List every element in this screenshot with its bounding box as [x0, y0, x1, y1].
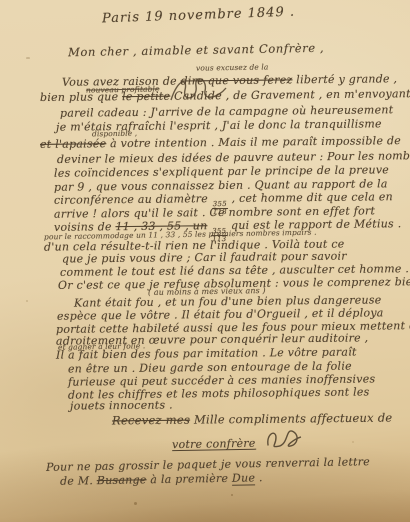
postscript-line: Pour ne pas grossir le paquet je vous re… [46, 456, 370, 473]
ps-text: à la première [146, 472, 232, 486]
paper-speck [134, 502, 137, 505]
date-line: Paris 19 novembre 1849 . [102, 6, 295, 26]
manuscript-letter-page: Paris 19 novembre 1849 . Mon cher , aima… [0, 0, 410, 522]
interline-note: vous excusez de la [196, 63, 269, 72]
struck-text: Busange [97, 473, 147, 487]
body-line: et l'apaisée à votre intention . Mais il… [40, 135, 401, 150]
body-text: à votre intention . Mais il me paraît im… [106, 134, 401, 150]
closing-text: Mille compliments affectueux de [190, 411, 393, 427]
struck-text: le petite [122, 90, 170, 104]
paper-speck [352, 441, 354, 443]
body-line: jouets innocents . [70, 399, 173, 411]
body-text: circonférence au diamètre [54, 192, 212, 207]
struck-text: Recevez mes [112, 413, 190, 428]
signature-paraph [263, 427, 303, 450]
struck-text: et l'apaisée [40, 137, 106, 151]
body-line: les coïncidences s'expliquent par le pri… [54, 164, 389, 179]
postscript-line: de M. Busange à la première Due . [60, 472, 263, 487]
body-text: bien plus que [40, 90, 122, 104]
signature-text: votre confrère [172, 438, 256, 451]
paper-speck [26, 300, 28, 302]
signature-line: votre confrère [172, 427, 304, 451]
ps-text: de M. [60, 474, 97, 488]
salutation-line: Mon cher , aimable et savant Confrère , [68, 43, 324, 59]
underlined-text: Due [232, 471, 255, 485]
body-line: pareil cadeau : J'arrive de la campagne … [60, 104, 393, 118]
body-line: Il a fait bien des fous par imitation . … [56, 346, 357, 360]
ink-flourish [168, 76, 230, 104]
body-text: , cet homme dit que cela en [228, 190, 393, 205]
paper-speck [26, 57, 30, 59]
body-text: liberté y grande , [292, 72, 397, 86]
paper-speck [231, 494, 233, 496]
ps-text: . [255, 471, 263, 484]
closing-line: Recevez mes Mille compliments affectueux… [112, 413, 393, 427]
